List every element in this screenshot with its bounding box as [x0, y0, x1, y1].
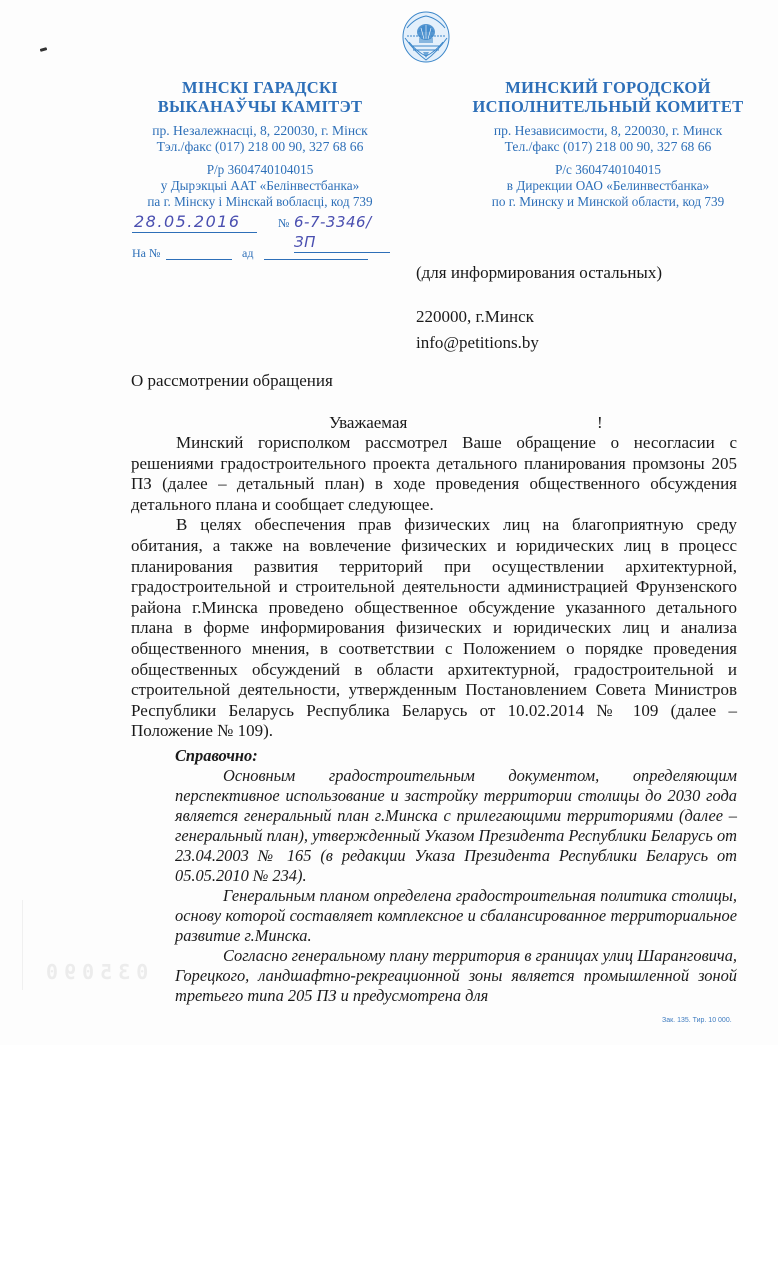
- salutation-exclamation: !: [597, 413, 603, 433]
- org-name-line1: МИНСКИЙ ГОРОДСКОЙ: [472, 78, 744, 97]
- org-bank-region: по г. Минску и Минской области, код 739: [472, 194, 744, 210]
- letterhead-russian: МИНСКИЙ ГОРОДСКОЙ ИСПОЛНИТЕЛЬНЫЙ КОМИТЕТ…: [472, 78, 744, 210]
- body-paragraph: В целях обеспечения прав физических лиц …: [131, 515, 737, 742]
- addressee-city: 220000, г.Минск: [416, 306, 534, 328]
- org-address: пр. Незалежнасці, 8, 220030, г. Мінск: [122, 123, 398, 139]
- reference-paragraph: Согласно генеральному плану территория в…: [175, 946, 737, 1006]
- org-name-line2: ВЫКАНАЎЧЫ КАМІТЭТ: [122, 97, 398, 116]
- ref-number-blank: [166, 259, 232, 260]
- body-paragraph: Минский горисполком рассмотрел Ваше обра…: [131, 433, 737, 515]
- org-address: пр. Независимости, 8, 220030, г. Минск: [472, 123, 744, 139]
- reference-paragraph: Основным градостроительным документом, о…: [175, 766, 737, 886]
- ref-from-blank: [264, 259, 368, 260]
- addressee-note: (для информирования остальных): [416, 262, 662, 284]
- scan-speck: [40, 47, 48, 52]
- org-bank: в Дирекции ОАО «Белинвестбанка»: [472, 178, 744, 194]
- reference-heading: Справочно:: [175, 746, 737, 766]
- registration-number-label: №: [278, 216, 289, 231]
- org-bank: у Дырэкцыі ААТ «Белінвестбанка»: [122, 178, 398, 194]
- watermark-number: 035090: [40, 960, 148, 984]
- reference-paragraph: Генеральным планом определена градострои…: [175, 886, 737, 946]
- org-name-line2: ИСПОЛНИТЕЛЬНЫЙ КОМИТЕТ: [472, 97, 744, 116]
- faint-scan-line: [22, 900, 23, 990]
- org-account: Р/с 3604740104015: [472, 162, 744, 178]
- org-phone: Тэл./факс (017) 218 00 90, 327 68 66: [122, 139, 398, 155]
- letter-body: Минский горисполком рассмотрел Ваше обра…: [131, 433, 737, 742]
- letterhead-belarusian: МІНСКІ ГАРАДСКІ ВЫКАНАЎЧЫ КАМІТЭТ пр. Не…: [122, 78, 398, 210]
- letter-subject: О рассмотрении обращения: [131, 370, 333, 392]
- reference-block: Справочно: Основным градостроительным до…: [175, 746, 737, 1006]
- reference-line: На № ад: [132, 246, 382, 262]
- registration-date: 28.05.2016: [132, 212, 257, 233]
- state-emblem-icon: [401, 8, 451, 64]
- ref-number-label: На №: [132, 246, 160, 261]
- ref-from-label: ад: [242, 246, 253, 261]
- org-bank-region: па г. Мінску і Мінскай вобласці, код 739: [122, 194, 398, 210]
- addressee-email: info@petitions.by: [416, 332, 539, 354]
- salutation-word: Уважаемая: [329, 413, 407, 433]
- org-account: Р/р 3604740104015: [122, 162, 398, 178]
- letter-page: МІНСКІ ГАРАДСКІ ВЫКАНАЎЧЫ КАМІТЭТ пр. Не…: [0, 0, 778, 1045]
- org-phone: Тел./факс (017) 218 00 90, 327 68 66: [472, 139, 744, 155]
- registration-line: 28.05.2016 № 6-7-3346/ЗП: [132, 212, 402, 242]
- org-name-line1: МІНСКІ ГАРАДСКІ: [122, 78, 398, 97]
- print-run-info: Зак. 135. Тир. 10 000.: [662, 1017, 732, 1024]
